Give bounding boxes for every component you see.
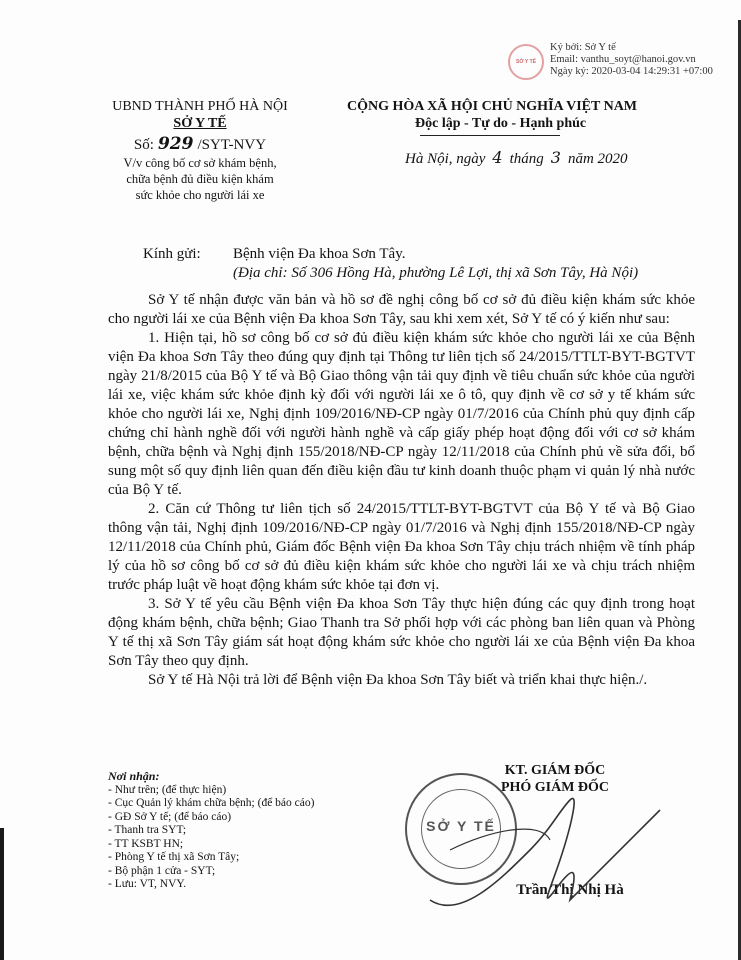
- recipient: Kính gửi:Bệnh viện Đa khoa Sơn Tây. (Địa…: [143, 245, 638, 283]
- document-number: Số:929/SYT-NVY: [80, 134, 320, 155]
- paragraph: 1. Hiện tại, hồ sơ công bố cơ sở đủ điều…: [108, 329, 695, 500]
- issuer-dept: SỞ Y TẾ: [80, 115, 320, 132]
- issuer-header: UBND THÀNH PHỐ HÀ NỘI SỞ Y TẾ Số:929/SYT…: [80, 98, 320, 203]
- recipients-title: Nơi nhận:: [108, 770, 314, 784]
- signer-title: KT. GIÁM ĐỐC: [440, 762, 670, 779]
- list-item: - GĐ Sở Y tế; (để báo cáo): [108, 811, 314, 825]
- recipient-label: Kính gửi:: [143, 245, 233, 264]
- digital-signature-block: SỞ Y TẾ Ký bởi: Sở Y tế Email: vanthu_so…: [500, 40, 741, 90]
- list-item: - Phòng Y tế thị xã Sơn Tây;: [108, 851, 314, 865]
- letter-body: Sở Y tế nhận được văn bản và hồ sơ đề ng…: [108, 291, 695, 690]
- list-item: - Thanh tra SYT;: [108, 824, 314, 838]
- paragraph: 2. Căn cứ Thông tư liên tịch số 24/2015/…: [108, 500, 695, 595]
- recipients-list: Nơi nhận: - Như trên; (để thực hiện) - C…: [108, 770, 314, 892]
- seal-icon: SỞ Y TẾ: [508, 44, 544, 80]
- nation-title: CỘNG HÒA XÃ HỘI CHỦ NGHĨA VIỆT NAM: [340, 98, 710, 115]
- scan-edge-left: [0, 828, 4, 960]
- signer-email: Email: vanthu_soyt@hanoi.gov.vn: [550, 54, 713, 66]
- signed-by: Ký bởi: Sở Y tế: [550, 42, 713, 54]
- national-header: CỘNG HÒA XÃ HỘI CHỦ NGHĨA VIỆT NAM Độc l…: [340, 98, 710, 168]
- signed-date: Ngày ký: 2020-03-04 14:29:31 +07:00: [550, 66, 713, 78]
- paragraph: Sở Y tế Hà Nội trả lời để Bệnh viện Đa k…: [108, 671, 695, 690]
- motto: Độc lập - Tự do - Hạnh phúc: [340, 115, 710, 132]
- list-item: - Lưu: VT, NVY.: [108, 878, 314, 892]
- list-item: - Bộ phận 1 cửa - SYT;: [108, 865, 314, 879]
- handwritten-signature-icon: [420, 790, 680, 930]
- paragraph: Sở Y tế nhận được văn bản và hồ sơ đề ng…: [108, 291, 695, 329]
- list-item: - Như trên; (để thực hiện): [108, 784, 314, 798]
- motto-underline: [420, 135, 560, 136]
- subject: V/v công bố cơ sở khám bệnh, chữa bệnh đ…: [80, 155, 320, 203]
- recipient-address: (Địa chỉ: Số 306 Hồng Hà, phường Lê Lợi,…: [143, 264, 638, 283]
- paragraph: 3. Sở Y tế yêu cầu Bệnh viện Đa khoa Sơn…: [108, 595, 695, 671]
- list-item: - Cục Quản lý khám chữa bệnh; (để báo cá…: [108, 797, 314, 811]
- issue-date: Hà Nội, ngày4tháng3năm 2020: [340, 148, 710, 168]
- list-item: - TT KSBT HN;: [108, 838, 314, 852]
- issuer-org: UBND THÀNH PHỐ HÀ NỘI: [80, 98, 320, 115]
- recipient-name: Bệnh viện Đa khoa Sơn Tây.: [233, 246, 406, 262]
